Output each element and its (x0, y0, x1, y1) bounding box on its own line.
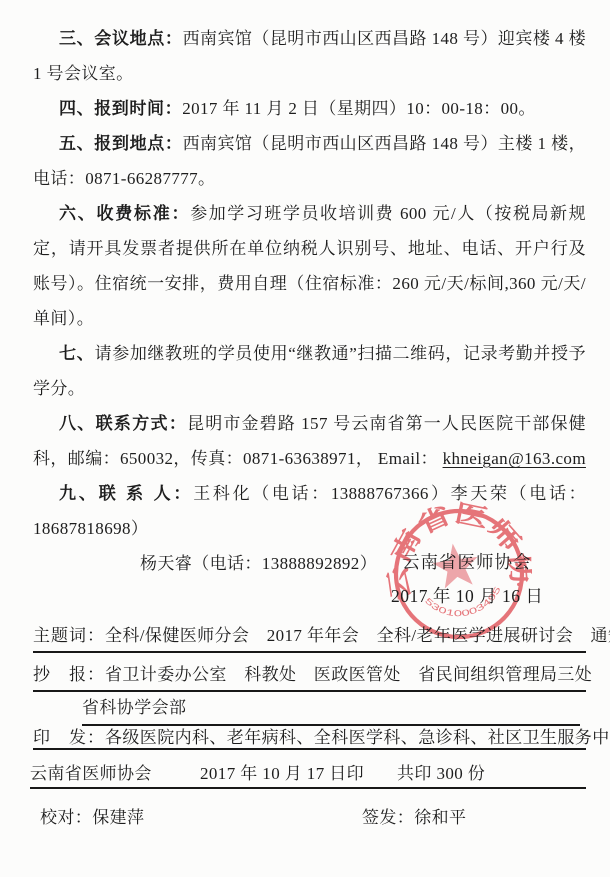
print-date: 2017 年 10 月 17 日印 (200, 762, 364, 786)
footer-distribution-row: 印 发：各级医院内科、老年病科、全科医学科、急诊科、社区卫生服务中心 (33, 726, 586, 750)
item-7-label: 七、 (59, 344, 95, 363)
contact-email-link[interactable]: khneigan@163.com (443, 449, 586, 468)
subject-text: 全科/保健医师分会 2017 年年会 全科/老年医学进展研讨会 通知 (105, 626, 610, 645)
footer-copy-to-row-2: 省科协学会部 (82, 696, 580, 726)
item-5-label: 五、报到地点： (59, 134, 183, 153)
item-fee-standard: 六、收费标准：参加学习班学员收培训费 600 元/人（按税局新规定，请开具发票者… (33, 196, 586, 336)
item-8-label: 八、联系方式： (59, 414, 187, 433)
subject-label: 主题词： (33, 626, 105, 645)
footer-copy-to-row: 抄 报：省卫计委办公室 科教处 医政医管处 省民间组织管理局三处 (33, 663, 586, 692)
item-4-text: 2017 年 11 月 2 日（星期四）10：00-18：00。 (182, 99, 536, 118)
item-registration-venue: 五、报到地点：西南宾馆（昆明市西山区西昌路 148 号）主楼 1 楼，电话：08… (33, 126, 586, 196)
proofreader: 校对：保建萍 (40, 806, 144, 830)
footer-subject-row: 主题词：全科/保健医师分会 2017 年年会 全科/老年医学进展研讨会 通知 (33, 624, 586, 653)
proofreader-label: 校对： (40, 808, 92, 827)
item-6-label: 六、收费标准： (59, 204, 190, 223)
item-contact-info: 八、联系方式：昆明市金碧路 157 号云南省第一人民医院干部保健科，邮编：650… (33, 406, 586, 476)
item-contact-persons: 九、联 系 人：王科化（电话：13888767366）李天荣（电话：186878… (33, 476, 586, 546)
copy-to-label: 抄 报： (33, 665, 105, 684)
signature-organization: 云南省医师协会 (402, 549, 532, 574)
footer-print-row: 云南省医师协会 2017 年 10 月 17 日印 共印 300 份 (30, 760, 586, 789)
item-7-text: 请参加继教班的学员使用“继教通”扫描二维码，记录考勤并授予学分。 (33, 344, 586, 398)
notice-document-page: 三、会议地点：西南宾馆（昆明市西山区西昌路 148 号）迎宾楼 4 楼 1 号会… (0, 0, 610, 877)
item-3-label: 三、会议地点： (59, 29, 183, 48)
footer-signoff-row: 校对：保建萍 签发：徐和平 (0, 801, 610, 831)
signer: 签发：徐和平 (362, 806, 466, 830)
signer-label: 签发： (362, 808, 414, 827)
notice-body: 三、会议地点：西南宾馆（昆明市西山区西昌路 148 号）迎宾楼 4 楼 1 号会… (33, 21, 586, 581)
item-registration-time: 四、报到时间：2017 年 11 月 2 日（星期四）10：00-18：00。 (33, 91, 586, 126)
distribution-text: 各级医院内科、老年病科、全科医学科、急诊科、社区卫生服务中心 (105, 728, 610, 747)
distribution-label: 印 发： (33, 728, 105, 747)
print-organization: 云南省医师协会 (30, 762, 152, 786)
copy-to-text: 省卫计委办公室 科教处 医政医管处 省民间组织管理局三处 (105, 665, 592, 684)
signer-name: 徐和平 (414, 808, 466, 827)
item-attendance-scan: 七、请参加继教班的学员使用“继教通”扫描二维码，记录考勤并授予学分。 (33, 336, 586, 406)
item-9-label: 九、联 系 人： (59, 484, 193, 503)
item-meeting-venue: 三、会议地点：西南宾馆（昆明市西山区西昌路 148 号）迎宾楼 4 楼 1 号会… (33, 21, 586, 91)
item-4-label: 四、报到时间： (59, 99, 182, 118)
print-copies-count: 共印 300 份 (397, 762, 485, 786)
proofreader-name: 保建萍 (92, 808, 144, 827)
signature-date: 2017 年 10 月 16 日 (391, 583, 543, 608)
